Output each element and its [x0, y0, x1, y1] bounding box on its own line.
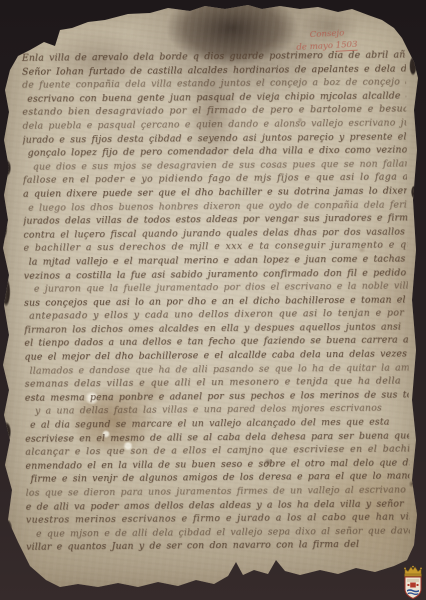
coat-of-arms-icon: [402, 565, 424, 600]
manuscript-scan: Enla villa de arevalo dela borde q dios …: [0, 0, 426, 600]
archive-coat-of-arms-stamp: [402, 565, 424, 600]
manuscript-text: Enla villa de arevalo dela borde q dios …: [22, 48, 410, 554]
archival-note-year: 1503: [335, 40, 357, 52]
